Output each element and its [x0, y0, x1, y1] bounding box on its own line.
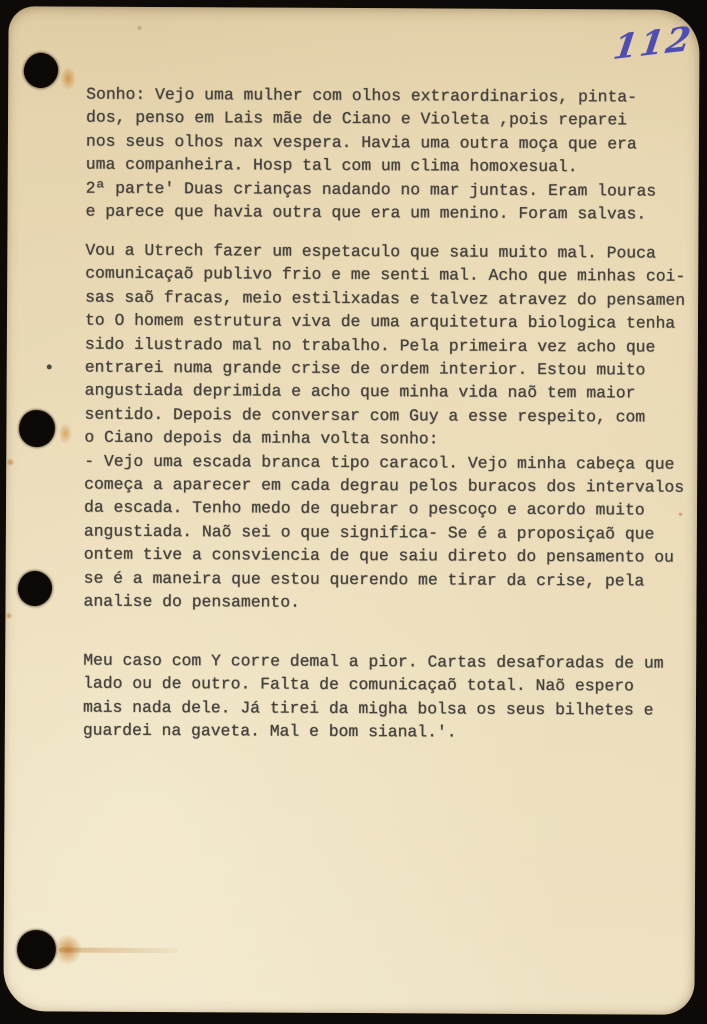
- fox-spot: [137, 25, 143, 31]
- rust-speck: [5, 612, 12, 619]
- rust-stain: [54, 934, 82, 964]
- typewritten-paragraph-utrech: Vou a Utrech fazer um espetaculo que sai…: [83, 239, 685, 617]
- typewritten-paragraph-caso: Meu caso com Y corre demal a pior. Carta…: [83, 649, 664, 746]
- scanned-document-background: 112 Sonho: Vejo uma mulher com olhos ext…: [0, 0, 707, 1024]
- typewritten-paragraph-dream: Sonho: Vejo uma mulher com olhos extraor…: [86, 83, 657, 226]
- rust-stain: [60, 66, 76, 90]
- ink-speck: [47, 364, 52, 369]
- rust-streak: [59, 947, 179, 953]
- handwritten-page-number: 112: [611, 19, 695, 68]
- notebook-page: 112 Sonho: Vejo uma mulher com olhos ext…: [3, 6, 699, 1015]
- rust-speck: [6, 458, 14, 466]
- rust-stain: [58, 422, 72, 444]
